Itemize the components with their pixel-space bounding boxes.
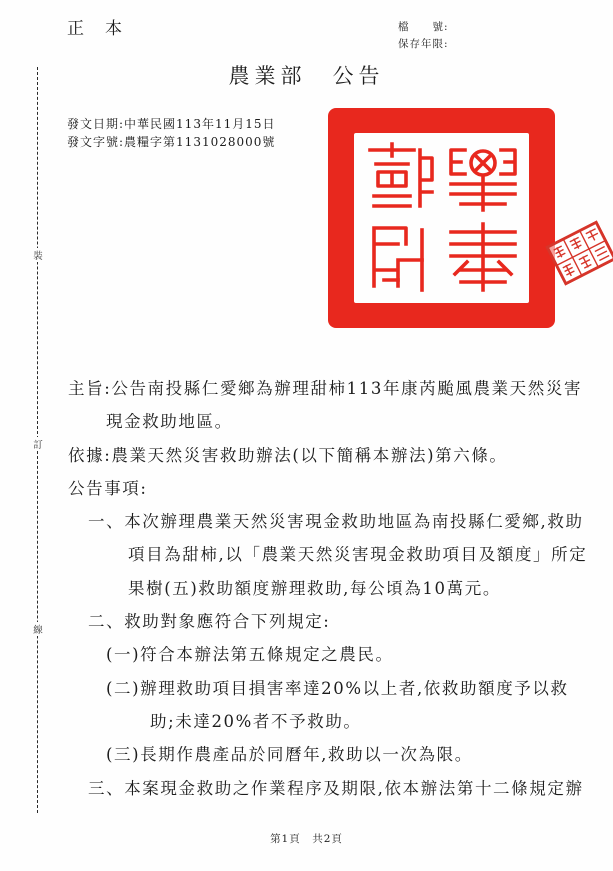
announcement-body: 主旨:公告南投縣仁愛鄉為辦理甜柿113年康芮颱風農業天然災害 現金救助地區。 依…	[68, 372, 568, 805]
binding-mark-xian: 線	[31, 622, 45, 636]
body-line: 三、本案現金救助之作業程序及期限,依本辦法第十二條規定辦	[88, 772, 568, 805]
body-line: (二)辦理救助項目損害率達20%以上者,依救助額度予以救	[106, 672, 568, 705]
official-seal-icon	[328, 108, 555, 328]
body-line: (一)符合本辦法第五條規定之農民。	[106, 638, 568, 671]
issue-info-block: 發文日期:中華民國113年11月15日 發文字號:農糧字第1131028000號	[67, 115, 276, 151]
official-seal: 農業部印	[328, 108, 555, 328]
document-page: 正 本 檔 號: 保存年限: 農業部 公告 發文日期:中華民國113年11月15…	[0, 0, 613, 871]
body-line: 現金救助地區。	[106, 405, 568, 438]
body-line: 二、救助對象應符合下列規定:	[88, 605, 568, 638]
binding-mark-ding: 訂	[31, 437, 45, 451]
binding-line: 裝 訂 線	[37, 67, 38, 813]
seam-stamp-icon	[545, 220, 613, 286]
body-line: 果樹(五)救助額度辦理救助,每公頃為10萬元。	[128, 572, 568, 605]
body-line: 主旨:公告南投縣仁愛鄉為辦理甜柿113年康芮颱風農業天然災害	[68, 372, 568, 405]
body-line: 依據:農業天然災害救助辦法(以下簡稱本辦法)第六條。	[68, 439, 568, 472]
announcement-title: 農業部 公告	[0, 60, 613, 90]
body-line: 公告事項:	[68, 472, 568, 505]
file-info-block: 檔 號: 保存年限:	[398, 19, 449, 53]
retention-label: 保存年限:	[398, 36, 449, 53]
body-line: (三)長期作農產品於同曆年,救助以一次為限。	[106, 738, 568, 771]
body-line: 一、本次辦理農業天然災害現金救助地區為南投縣仁愛鄉,救助	[88, 505, 568, 538]
file-number-label: 檔 號:	[398, 19, 449, 36]
body-line: 項目為甜柿,以「農業天然災害現金救助項目及額度」所定	[128, 538, 568, 571]
issue-date: 發文日期:中華民國113年11月15日	[67, 115, 276, 133]
body-line: 助;未達20%者不予救助。	[150, 705, 568, 738]
page-footer: 第1頁 共2頁	[0, 831, 613, 846]
seam-stamp	[545, 220, 613, 286]
binding-mark-zhuang: 裝	[31, 248, 45, 262]
copy-label: 正 本	[67, 14, 124, 39]
doc-number: 發文字號:農糧字第1131028000號	[67, 133, 276, 151]
